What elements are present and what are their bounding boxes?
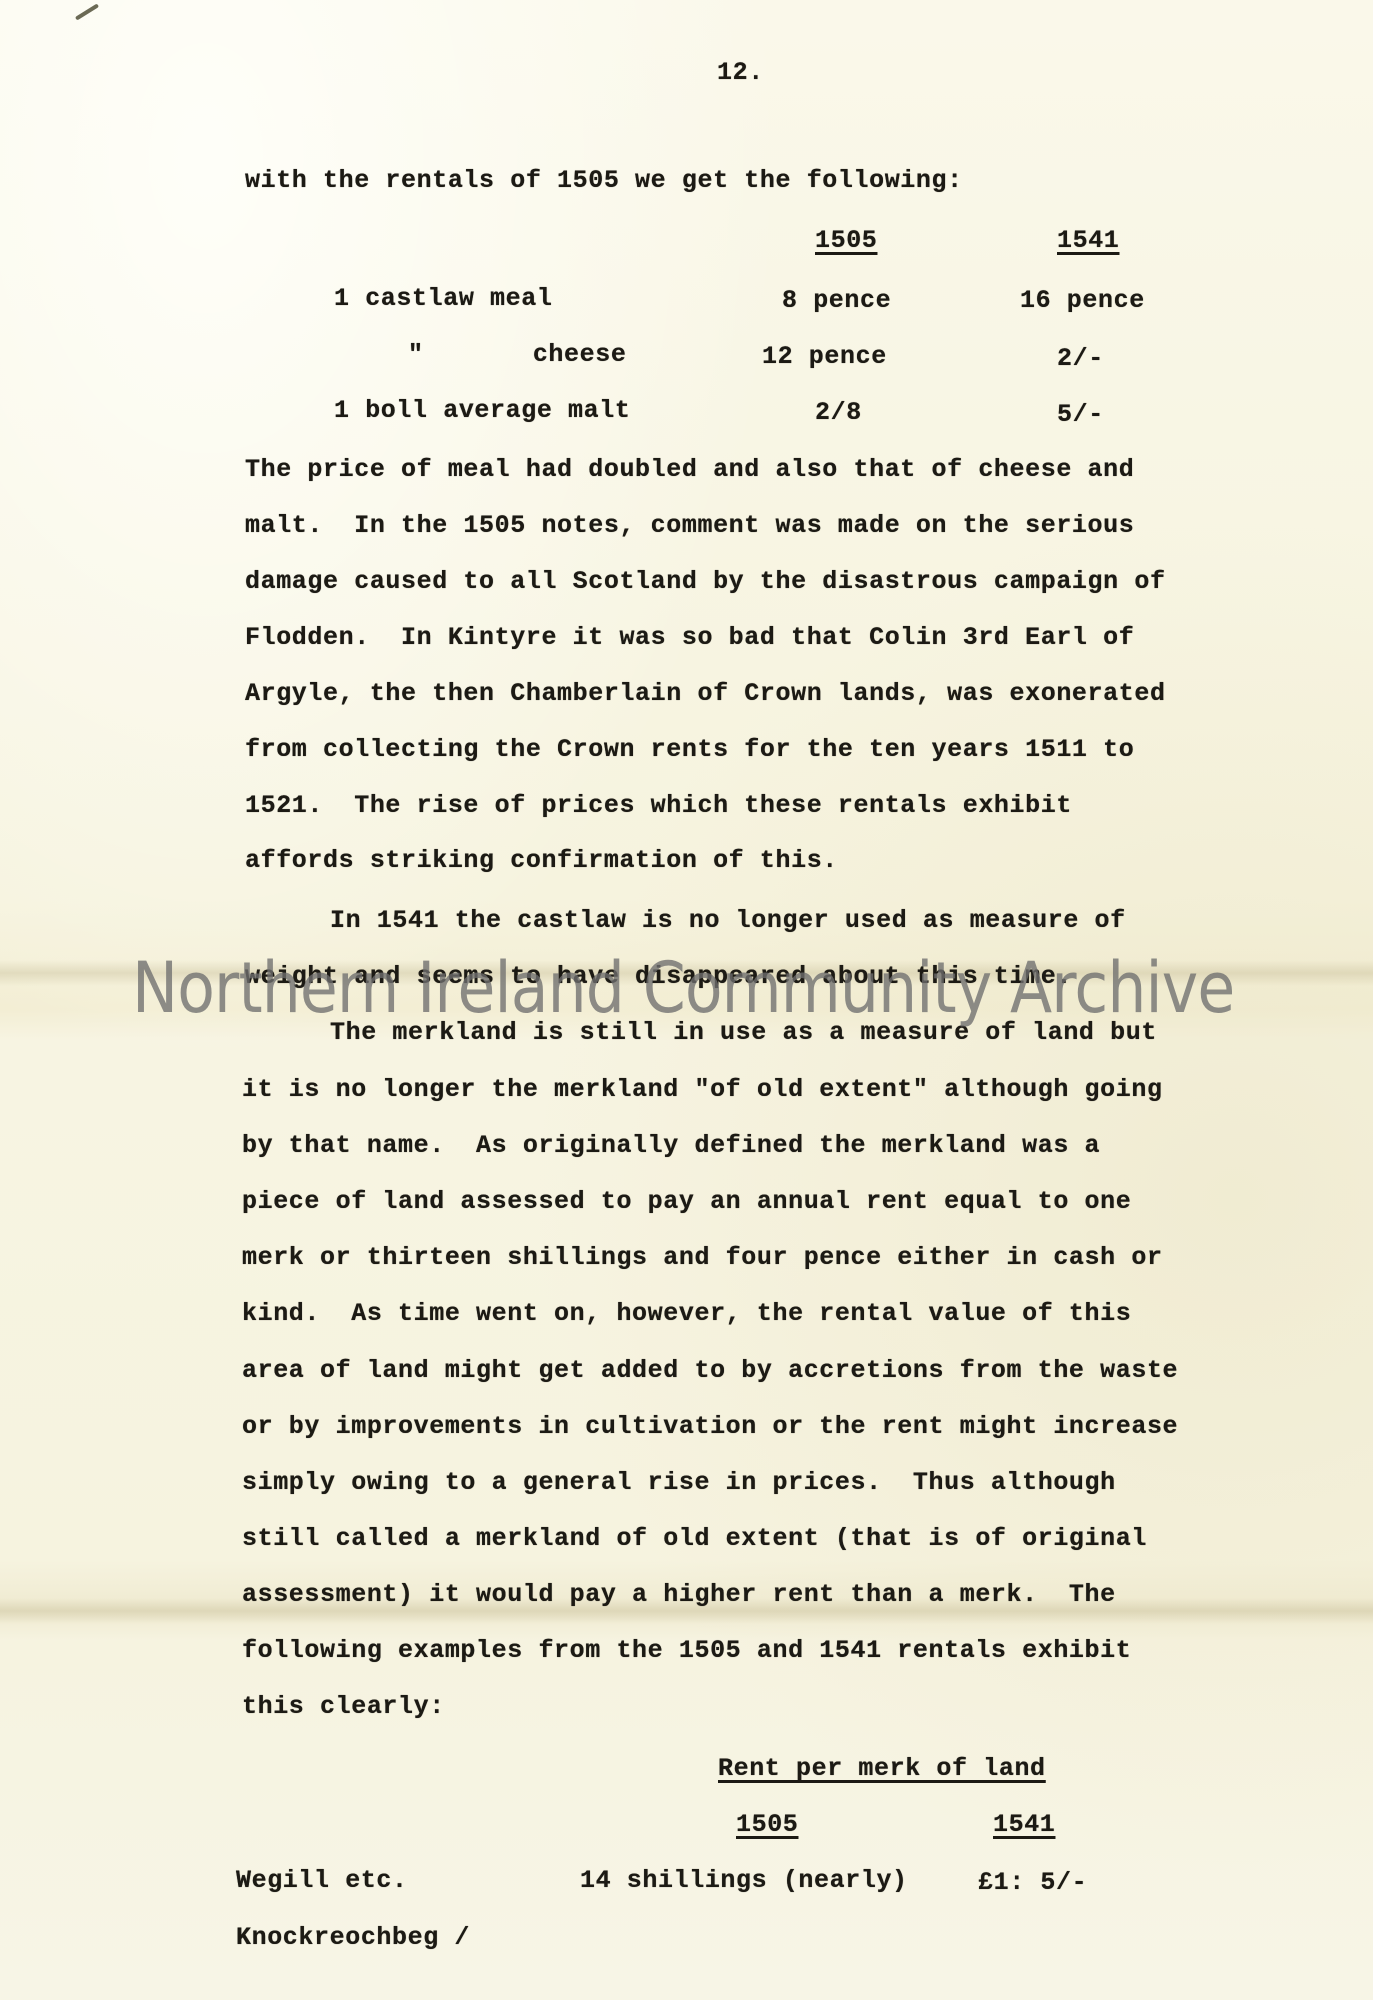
text-line: Flodden. In Kintyre it was so bad that C…	[245, 623, 1134, 653]
rent-table-header-1505: 1505	[736, 1810, 798, 1840]
rent-row-place: Knockreochbeg /	[236, 1923, 470, 1953]
rent-table-title: Rent per merk of land	[718, 1754, 1046, 1784]
text-line: or by improvements in cultivation or the…	[242, 1412, 1178, 1442]
text-line: 1521. The rise of prices which these ren…	[245, 791, 1072, 821]
intro-line: with the rentals of 1505 we get the foll…	[245, 166, 963, 196]
rent-row-place: Wegill etc.	[236, 1866, 408, 1896]
text-line: merk or thirteen shillings and four penc…	[242, 1243, 1163, 1273]
price-row-1505: 2/8	[815, 398, 862, 428]
document-page: 12. with the rentals of 1505 we get the …	[0, 0, 1373, 2000]
price-table-header-1505: 1505	[815, 226, 877, 256]
archive-watermark: Northern Ireland Community Archive	[132, 948, 1234, 1028]
text-line: piece of land assessed to pay an annual …	[242, 1187, 1131, 1217]
price-table-header-1541: 1541	[1057, 226, 1119, 256]
text-line: The price of meal had doubled and also t…	[245, 455, 1134, 485]
text-line: damage caused to all Scotland by the dis…	[245, 567, 1166, 597]
rent-row-1505: 14 shillings (nearly)	[580, 1866, 908, 1896]
rent-table-header-1541: 1541	[993, 1810, 1055, 1840]
text-line: area of land might get added to by accre…	[242, 1356, 1178, 1386]
text-line: In 1541 the castlaw is no longer used as…	[330, 906, 1126, 936]
price-row-1505: 12 pence	[762, 342, 887, 372]
text-line: by that name. As originally defined the …	[242, 1131, 1100, 1161]
text-line: assessment) it would pay a higher rent t…	[242, 1580, 1116, 1610]
page-number: 12.	[717, 58, 764, 88]
price-row-item: 1 boll average malt	[334, 396, 630, 426]
text-line: following examples from the 1505 and 154…	[242, 1636, 1131, 1666]
text-line: still called a merkland of old extent (t…	[242, 1524, 1147, 1554]
text-line: malt. In the 1505 notes, comment was mad…	[245, 511, 1134, 541]
price-row-item: 1 castlaw meal	[334, 284, 552, 314]
price-row-1541: 16 pence	[1020, 286, 1145, 316]
rent-row-1541: £1: 5/-	[978, 1868, 1087, 1898]
text-line: Argyle, the then Chamberlain of Crown la…	[245, 679, 1166, 709]
price-row-item: " cheese	[408, 340, 626, 370]
text-line: affords striking confirmation of this.	[245, 846, 838, 876]
text-line: simply owing to a general rise in prices…	[242, 1468, 1116, 1498]
text-line: kind. As time went on, however, the rent…	[242, 1299, 1131, 1329]
price-row-1505: 8 pence	[782, 286, 891, 316]
pencil-mark	[75, 3, 99, 20]
text-line: this clearly:	[242, 1692, 445, 1722]
text-line: from collecting the Crown rents for the …	[245, 735, 1134, 765]
price-row-1541: 5/-	[1057, 400, 1104, 430]
price-row-1541: 2/-	[1057, 344, 1104, 374]
text-line: it is no longer the merkland "of old ext…	[242, 1075, 1163, 1105]
